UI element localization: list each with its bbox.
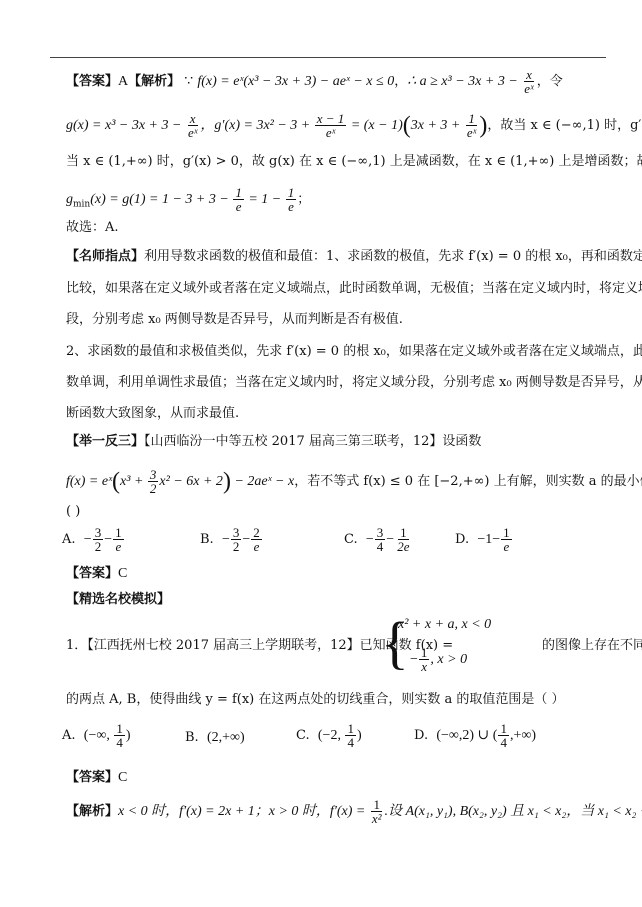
- interval-start: (−∞,2) ∪ (: [436, 728, 497, 743]
- fraction: 12e: [395, 526, 411, 553]
- fraction: 2e: [251, 526, 262, 553]
- option-label: C.: [344, 532, 358, 547]
- g-derivative: ，g′(x) = 3x² − 3 +: [200, 118, 313, 133]
- fraction: 14: [498, 722, 509, 749]
- numerator: 1: [466, 112, 477, 126]
- factor-inner: 3x + 3 +: [411, 118, 464, 133]
- fraction: 1e: [286, 186, 297, 213]
- solution-line-1: 【答案】A【解析】 ∵ f(x) = eˣ(x³ − 3x + 3) − aeˣ…: [66, 68, 563, 95]
- fraction: 14: [114, 722, 125, 749]
- g-min-result: = 1 −: [245, 192, 285, 207]
- solution-line-2: g(x) = x³ − 3x + 3 − xeˣ，g′(x) = 3x² − 3…: [66, 112, 642, 139]
- line-end: ，令: [537, 74, 563, 89]
- option-label: D.: [455, 532, 469, 547]
- separator: ，: [394, 74, 407, 89]
- fraction: 32: [93, 526, 104, 553]
- numerator: 1: [419, 646, 430, 660]
- numerator: 3: [148, 468, 159, 482]
- option-label: A.: [62, 728, 76, 743]
- piecewise-case-2: −1x, x > 0: [410, 646, 467, 673]
- minus: −: [242, 532, 250, 547]
- minus: −: [492, 532, 500, 547]
- section-title: 【精选名校模拟】: [66, 592, 170, 608]
- numerator: 1: [113, 526, 124, 540]
- fraction: 32: [148, 468, 159, 495]
- sign: −: [84, 532, 92, 547]
- option-label: D.: [414, 728, 428, 743]
- fraction: 1e: [113, 526, 124, 553]
- answer-value: C: [118, 566, 127, 581]
- line-end: ；: [297, 192, 310, 207]
- poly-part: x³ +: [120, 474, 147, 489]
- denominator: e: [502, 540, 512, 553]
- function-lhs: f(x) = eˣ: [66, 474, 112, 489]
- option-label: A.: [62, 532, 76, 547]
- left-paren: (: [403, 113, 411, 139]
- tip-line-1: 【名师指点】利用导数求函数的极值和最值：1、求函数的极值，先求 f′(x) = …: [66, 249, 642, 265]
- line-end: ，故当 x ∈ (−∞,1) 时，g′(x) < 0，: [487, 118, 642, 133]
- question-2-function: f(x) = eˣ(x³ + 32x² − 6x + 2) − 2aeˣ − x…: [66, 468, 642, 495]
- answer-value: C: [118, 770, 127, 785]
- q2-option-c[interactable]: C. −34−12e: [344, 526, 412, 553]
- denominator: 4: [375, 540, 386, 553]
- denominator: 4: [498, 736, 509, 749]
- numerator: 1: [345, 722, 356, 736]
- sign: −: [410, 652, 418, 667]
- denominator: x²: [370, 812, 384, 825]
- tip-line-5: 数单调，利用单调性求最值；当落在定义域内时，将定义域分段，分别考虑 x₀ 两侧导…: [66, 375, 642, 391]
- g-min: g: [66, 192, 73, 207]
- numerator: 3: [231, 526, 242, 540]
- question-3-line-2: 的两点 A, B，使得曲线 y = f(x) 在这两点处的切线重合，则实数 a …: [66, 692, 565, 708]
- q3-answer: 【答案】C: [66, 770, 127, 786]
- interval: (2,+∞): [207, 730, 245, 745]
- denominator: 2: [93, 540, 104, 553]
- interval-end: ): [126, 728, 131, 743]
- interval-end: ,+∞): [510, 728, 536, 743]
- analysis-tag: 【解析】: [66, 804, 118, 819]
- q2-option-a[interactable]: A. −32−1e: [62, 526, 125, 553]
- therefore-expr: ∴ a ≥ x³ − 3x + 3 −: [407, 74, 521, 89]
- fraction: 1e: [501, 526, 512, 553]
- min-subscript: min: [73, 200, 90, 210]
- answer-value: A: [118, 74, 128, 89]
- fraction: 1eˣ: [465, 112, 478, 139]
- question-3-line-1-tail: 的图像上存在不同: [542, 638, 642, 654]
- fraction: 14: [345, 722, 356, 749]
- inequality-expr: f(x) = eˣ(x³ − 3x + 3) − aeˣ − x ≤ 0: [197, 74, 394, 89]
- question-2-blank: ( ): [66, 504, 80, 520]
- tip-line-6: 断函数大致图象，从而求最值.: [66, 406, 239, 422]
- case-condition: , x > 0: [430, 652, 467, 667]
- fraction: 1e: [233, 186, 244, 213]
- numerator: 1: [501, 526, 512, 540]
- denominator: 2: [148, 482, 159, 495]
- fraction: x − 1eˣ: [315, 112, 347, 139]
- denominator: eˣ: [186, 126, 199, 139]
- answer-tag: 【答案】: [66, 74, 118, 89]
- fraction: 34: [375, 526, 386, 553]
- q3-option-b[interactable]: B. (2,+∞): [185, 730, 245, 746]
- q3-analysis: 【解析】x < 0 时，f′(x) = 2x + 1；x > 0 时，f′(x)…: [66, 798, 642, 825]
- because-symbol: ∵: [184, 74, 193, 89]
- q2-answer: 【答案】C: [66, 566, 127, 582]
- practice-tag: 【举一反三】: [66, 434, 144, 449]
- numerator: 1: [371, 798, 382, 812]
- interval-end: ): [357, 728, 362, 743]
- question-number: 1．: [66, 638, 87, 653]
- denominator: eˣ: [465, 126, 478, 139]
- question-source: 【山西临汾一中等五校 2017 届高三第三联考，12】设函数: [144, 434, 481, 449]
- option-label: B.: [200, 532, 214, 547]
- answer-tag: 【答案】: [66, 566, 118, 581]
- left-paren: (: [112, 469, 120, 495]
- denominator: e: [113, 540, 123, 553]
- q3-option-d[interactable]: D. (−∞,2) ∪ (14,+∞): [414, 722, 536, 749]
- tip-line-2: 比较，如果落在定义域外或者落在定义域端点，此时函数单调，无极值；当落在定义域内时…: [66, 281, 642, 297]
- sign: −: [366, 532, 374, 547]
- whole-part: −1: [477, 532, 492, 547]
- numerator: 2: [251, 526, 262, 540]
- denominator: 4: [345, 736, 356, 749]
- denominator: x: [419, 660, 429, 673]
- g-definition: g(x) = x³ − 3x + 3 −: [66, 118, 185, 133]
- denominator: e: [252, 540, 262, 553]
- solution-conclusion: 故选：A.: [66, 220, 119, 236]
- option-label: B.: [185, 730, 199, 745]
- fraction: 1x²: [370, 798, 384, 825]
- numerator: 1: [114, 722, 125, 736]
- numerator: 1: [398, 526, 409, 540]
- denominator: 2: [231, 540, 242, 553]
- minus: −: [104, 532, 112, 547]
- tip-text: 利用导数求函数的极值和最值：1、求函数的极值，先求 f′(x) = 0 的根 x…: [144, 249, 642, 264]
- right-paren: ): [223, 469, 231, 495]
- analysis-tag: 【解析】: [128, 74, 180, 89]
- q2-option-d[interactable]: D. −1−1e: [455, 526, 513, 553]
- numerator: x: [524, 68, 534, 82]
- fraction: 1x: [419, 646, 430, 673]
- function-tail: − 2aeˣ − x: [231, 474, 294, 489]
- solution-line-3: 当 x ∈ (1,+∞) 时，g′(x) > 0，故 g(x) 在 x ∈ (−…: [66, 154, 642, 170]
- tip-tag: 【名师指点】: [66, 249, 144, 264]
- numerator: x: [188, 112, 198, 126]
- numerator: x − 1: [315, 112, 347, 126]
- case-expr: x² + x + a, x < 0: [398, 617, 491, 632]
- question-condition: ，若不等式 f(x) ≤ 0 在 [−2,+∞) 上有解，则实数 a 的最小值为: [294, 474, 642, 489]
- analysis-text-2: .设 A(x₁, y₁), B(x₂, y₂) 且 x₁ < x₂，当 x₁ <…: [385, 804, 642, 819]
- analysis-text: x < 0 时，f′(x) = 2x + 1；x > 0 时，f′(x) =: [118, 804, 369, 819]
- tip-line-4: 2、求函数的最值和求极值类似，先求 f′(x) = 0 的根 x₀，如果落在定义…: [66, 344, 642, 360]
- header-rule: [50, 57, 606, 58]
- numerator: 1: [233, 186, 244, 200]
- denominator: 4: [114, 736, 125, 749]
- minus: −: [386, 532, 394, 547]
- denominator: eˣ: [522, 82, 535, 95]
- q2-option-b[interactable]: B. −32−2e: [200, 526, 263, 553]
- denominator: eˣ: [324, 126, 337, 139]
- answer-tag: 【答案】: [66, 770, 118, 785]
- fraction: xeˣ: [186, 112, 199, 139]
- q3-option-c[interactable]: C. (−2, 14): [296, 722, 362, 749]
- q3-option-a[interactable]: A. (−∞, 14): [62, 722, 131, 749]
- factored-expr: = (x − 1): [347, 118, 402, 133]
- numerator: 3: [93, 526, 104, 540]
- g-min-expr: (x) = g(1) = 1 − 3 + 3 −: [90, 192, 232, 207]
- numerator: 1: [498, 722, 509, 736]
- poly-rest: x² − 6x + 2: [159, 474, 223, 489]
- option-label: C.: [296, 728, 310, 743]
- tip-line-3: 段，分别考虑 x₀ 两侧导数是否异号，从而判断是否有极值.: [66, 312, 403, 328]
- numerator: 3: [375, 526, 386, 540]
- fraction: xeˣ: [522, 68, 535, 95]
- question-2-header: 【举一反三】【山西临汾一中等五校 2017 届高三第三联考，12】设函数: [66, 434, 481, 450]
- denominator: e: [234, 200, 244, 213]
- fraction: 32: [231, 526, 242, 553]
- solution-line-4: gmin(x) = g(1) = 1 − 3 + 3 − 1e = 1 − 1e…: [66, 186, 310, 213]
- interval-start: (−2,: [318, 728, 345, 743]
- interval-start: (−∞,: [84, 728, 114, 743]
- sign: −: [222, 532, 230, 547]
- numerator: 1: [286, 186, 297, 200]
- denominator: e: [286, 200, 296, 213]
- piecewise-case-1: x² + x + a, x < 0: [398, 617, 491, 633]
- denominator: 2e: [395, 540, 411, 553]
